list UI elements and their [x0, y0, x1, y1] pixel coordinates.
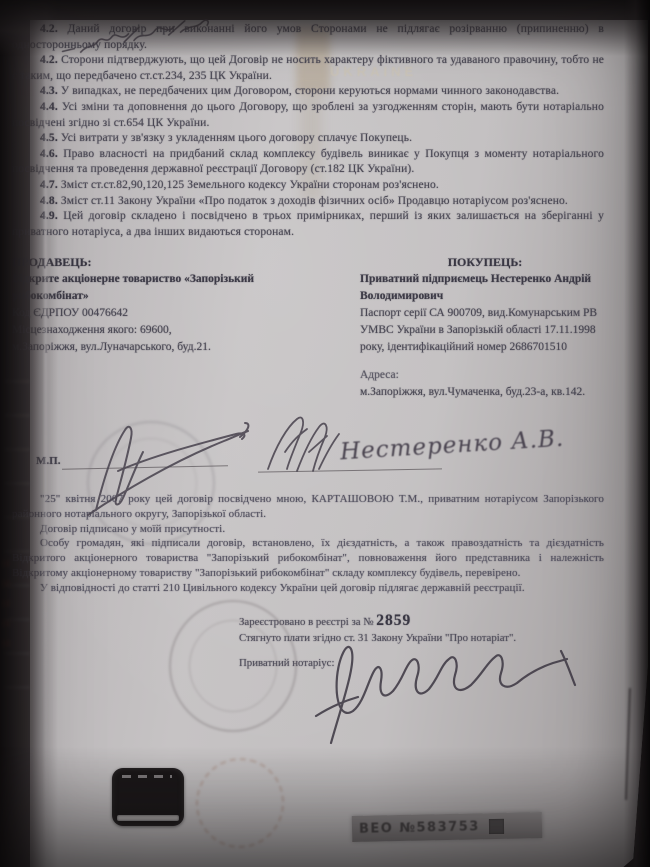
buyer-address: м.Запоріжжя, вул.Чумаченка, буд.23-а, кв…: [360, 384, 610, 401]
clause-item: 4.2. Даний договір при виконанні його ум…: [12, 22, 604, 53]
seller-address: м.Запоріжжя, вул.Луначарського, буд.21.: [12, 339, 280, 356]
buyer-header: ПОКУПЕЦЬ:: [360, 254, 610, 271]
notary-signer-label: Приватний нотаріус:: [239, 657, 599, 669]
clause-text: Усі витрати у зв'язку з укладенням цього…: [61, 132, 412, 144]
attestation-paragraph: У відповідності до статті 210 Цивільного…: [12, 581, 604, 596]
clause-item: 4.3. У випадках, не передбачених цим Дог…: [12, 84, 604, 100]
clause-item: 4.2. Сторони підтверджують, що цей Догов…: [12, 53, 604, 84]
clause-text: Зміст ст.ст.82,90,120,125 Земельного код…: [61, 179, 439, 191]
registry-block: Зареєстровано в реєстрі за № 2859 Стягну…: [239, 612, 599, 669]
buyer-name-cont: Володимирович: [360, 288, 610, 305]
buyer-block: ПОКУПЕЦЬ: Приватний підприємець Нестерен…: [360, 254, 610, 401]
buyer-name: Приватний підприємець Нестеренко Андрій: [360, 271, 610, 288]
clause-number: 4.2.: [40, 23, 58, 35]
seller-header: ПРОДАВЕЦЬ:: [12, 254, 280, 271]
barcode-square: [489, 818, 504, 833]
clause-number: 4.5.: [40, 132, 58, 144]
clause-number: 4.8.: [40, 195, 58, 207]
buyer-passport-cont: УМВС України в Запорізькій області 17.11…: [360, 322, 610, 339]
fee-line: Стягнуто плати згідно ст. 31 Закону Укра…: [239, 632, 599, 644]
clause-item: 4.7. Зміст ст.ст.82,90,120,125 Земельног…: [12, 178, 604, 194]
clause-text: Зміст ст.11 Закону України «Про податок …: [61, 195, 568, 207]
clause-item: 4.9. Цей договір складено і посвідчено в…: [12, 209, 604, 240]
attestation-paragraph: Договір підписано у моїй присутності.: [12, 522, 604, 537]
clause-number: 4.7.: [40, 179, 58, 191]
clause-text: Цей договір складено і посвідчено в трьо…: [12, 210, 604, 238]
seller-block: ПРОДАВЕЦЬ: Відкрите акціонерне товариств…: [12, 254, 280, 356]
clause-number: 4.3.: [40, 85, 58, 97]
clause-item: 4.5. Усі витрати у зв'язку з укладенням …: [12, 131, 604, 147]
clause-number: 4.4.: [40, 101, 58, 113]
clause-number: 4.9.: [40, 210, 58, 222]
seller-edrpou-code: Код ЄДРПОУ 00476642: [12, 305, 280, 322]
clause-text: Право власності на придбаний склад компл…: [12, 148, 604, 176]
clause-number: 4.2.: [40, 54, 58, 66]
contract-clauses-section: 4.2. Даний договір при виконанні його ум…: [12, 22, 604, 240]
buyer-address-label: Адреса:: [360, 367, 610, 384]
edge-red-marks: [1, 560, 10, 652]
photographed-contract-page: UKRAINE 4.2. Даний договір при виконанні…: [0, 0, 650, 867]
hologram-sticker: [112, 768, 184, 826]
clause-text: У випадках, не передбачених цим Договоро…: [61, 85, 559, 97]
clause-text: Сторони підтверджують, що цей Договір не…: [12, 54, 604, 82]
seller-location: Місцезнаходження якого: 69600,: [12, 322, 280, 339]
notary-attestation: "25" квітня 2007 року цей договір посвід…: [12, 492, 604, 596]
seal-place-label: М.П.: [36, 455, 60, 467]
clause-item: 4.6. Право власності на придбаний склад …: [12, 147, 604, 178]
registry-label: Зареєстровано в реєстрі за №: [239, 616, 374, 628]
clause-number: 4.6.: [40, 148, 58, 160]
registry-line: Зареєстровано в реєстрі за № 2859: [239, 612, 599, 630]
blank-serial-number: ВЕО №583753: [359, 819, 480, 837]
blank-serial-strip: ВЕО №583753: [352, 812, 543, 842]
clause-item: 4.8. Зміст ст.11 Закону України «Про под…: [12, 194, 604, 210]
attestation-paragraph: Особу громадян, які підписали договір, в…: [12, 536, 604, 580]
registry-number: 2859: [376, 612, 411, 629]
buyer-passport: Паспорт серії СА 900709, вид.Комунарськи…: [360, 305, 610, 322]
clause-text: Усі зміни та доповнення до цього Договор…: [12, 101, 604, 129]
seller-name-cont: рибокомбінат»: [12, 288, 280, 305]
clause-text: Даний договір при виконанні його умов Ст…: [12, 23, 604, 51]
clause-item: 4.4. Усі зміни та доповнення до цього До…: [12, 100, 604, 131]
seller-name: Відкрите акціонерне товариство «Запорізь…: [12, 271, 280, 288]
attestation-paragraph: "25" квітня 2007 року цей договір посвід…: [12, 492, 604, 522]
buyer-tax-id: року, ідентифікаційний номер 2686701510: [360, 339, 610, 356]
